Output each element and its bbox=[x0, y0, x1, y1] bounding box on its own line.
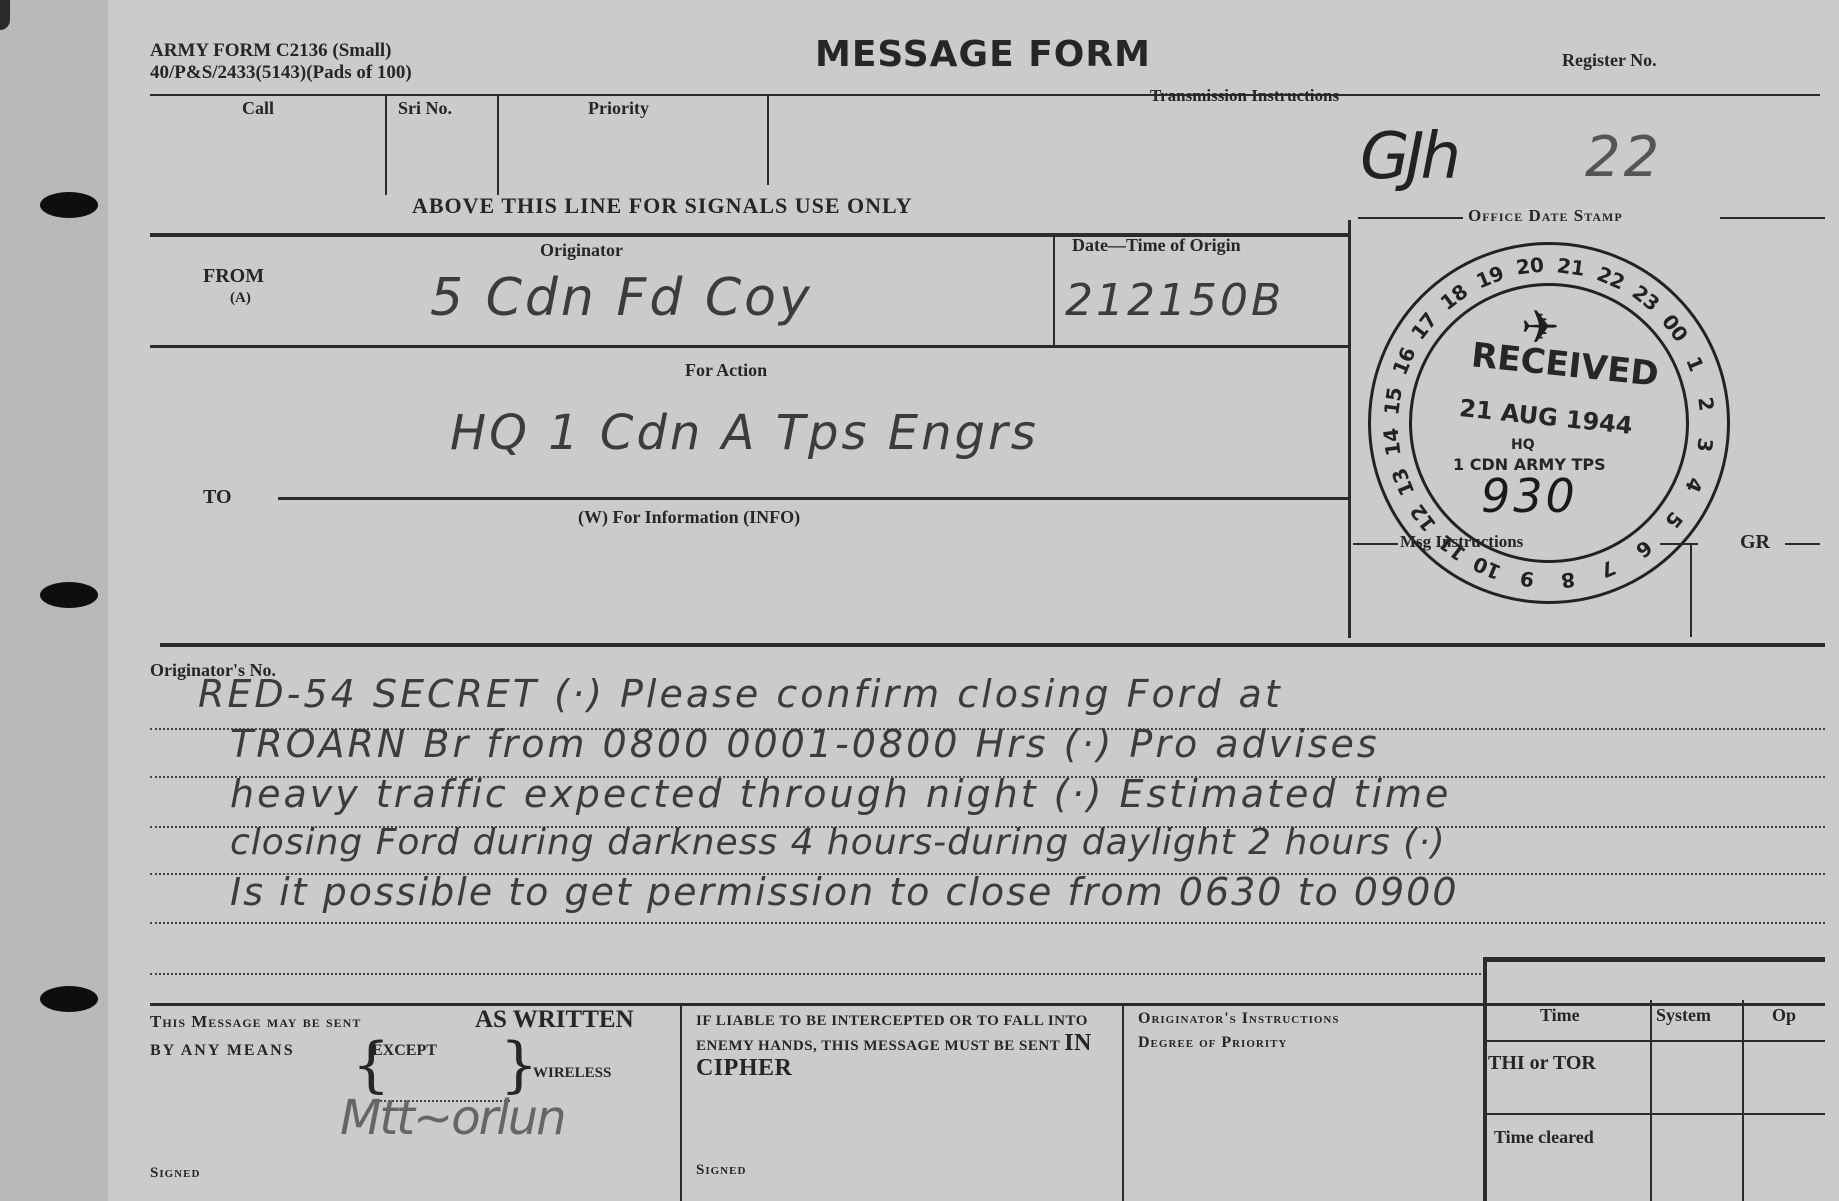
signed-label-2: Signed bbox=[696, 1162, 746, 1179]
stamp-hour-number: 4 bbox=[1678, 466, 1712, 503]
stamp-hour-number: 3 bbox=[1691, 428, 1719, 461]
for-action-value: HQ 1 Cdn A Tps Engrs bbox=[450, 405, 1039, 461]
form-id-line1: ARMY FORM C2136 (Small) bbox=[150, 40, 392, 62]
signals-notice: ABOVE THIS LINE FOR SIGNALS USE ONLY bbox=[412, 193, 913, 219]
message-line: RED-54 SECRET (·) Please confirm closing… bbox=[198, 672, 1283, 716]
signed-label: Signed bbox=[150, 1165, 200, 1182]
stamp-rule bbox=[1358, 217, 1463, 219]
divider bbox=[497, 95, 499, 195]
table-left-border bbox=[1483, 957, 1487, 1201]
divider bbox=[767, 95, 769, 185]
dto-label: Date—Time of Origin bbox=[1072, 235, 1241, 256]
row-rule bbox=[150, 345, 1350, 348]
signature: Mtt~orlun bbox=[340, 1090, 565, 1146]
table-divider bbox=[1650, 1000, 1652, 1201]
form-id-line2: 40/P&S/2433(5143)(Pads of 100) bbox=[150, 62, 412, 84]
originator-value: 5 Cdn Fd Coy bbox=[430, 268, 813, 328]
footer-divider bbox=[680, 1005, 682, 1201]
table-row-rule bbox=[1485, 1113, 1825, 1115]
msg-instr-rule bbox=[1353, 543, 1398, 545]
stamp-hour-number: 15 bbox=[1379, 384, 1407, 417]
punch-hole bbox=[40, 582, 98, 608]
divider bbox=[385, 95, 387, 195]
message-rule bbox=[150, 973, 1485, 975]
transmission-label: Transmission Instructions bbox=[1150, 86, 1339, 106]
message-line: heavy traffic expected through night (·)… bbox=[230, 772, 1451, 816]
table-row-label: THI or TOR bbox=[1488, 1052, 1596, 1075]
stamp-hour-number: 1 bbox=[1679, 345, 1712, 382]
gr-rule bbox=[1660, 543, 1698, 545]
register-label: Register No. bbox=[1562, 50, 1657, 71]
table-row-rule bbox=[1485, 1040, 1825, 1042]
sri-no-label: Sri No. bbox=[398, 98, 452, 119]
dto-value: 212150B bbox=[1065, 275, 1284, 326]
to-label: TO bbox=[203, 486, 232, 509]
stamp-hour-number: 7 bbox=[1590, 553, 1627, 586]
degree-priority-label: Degree of Priority bbox=[1138, 1034, 1287, 1052]
initials-signature: GJh bbox=[1360, 120, 1457, 194]
gr-rule bbox=[1785, 543, 1820, 545]
from-label: FROM bbox=[203, 265, 264, 288]
message-line: closing Ford during darkness 4 hours-dur… bbox=[230, 822, 1446, 863]
wireless-label: WIRELESS bbox=[533, 1065, 611, 1082]
as-written-label: AS WRITTEN bbox=[475, 1006, 634, 1034]
for-action-label: For Action bbox=[685, 360, 767, 381]
punch-hole bbox=[40, 192, 98, 218]
stamp-hour-number: 13 bbox=[1386, 464, 1419, 501]
table-row-label: Time cleared bbox=[1494, 1127, 1594, 1148]
msg-instructions-label: Msg Instructions bbox=[1400, 532, 1523, 552]
stamp-hour-number: 2 bbox=[1692, 387, 1719, 420]
divider bbox=[1053, 235, 1055, 345]
table-header-time: Time bbox=[1540, 1005, 1580, 1026]
punch-hole bbox=[40, 986, 98, 1012]
call-label: Call bbox=[242, 98, 274, 119]
stamp-hour-number: 22 bbox=[1592, 261, 1629, 295]
stamp-hour-number: 8 bbox=[1552, 566, 1585, 593]
stamp-rule bbox=[1720, 217, 1825, 219]
to-line bbox=[278, 497, 1348, 500]
table-top-rule bbox=[1483, 957, 1825, 962]
table-header-op: Op bbox=[1772, 1005, 1796, 1026]
top-rule bbox=[150, 94, 1820, 96]
stamp-hour-number: 21 bbox=[1554, 253, 1587, 281]
gr-label: GR bbox=[1740, 531, 1770, 554]
priority-label: Priority bbox=[588, 98, 649, 119]
stamp-hour-number: 19 bbox=[1471, 260, 1508, 293]
stamp-hour-number: 16 bbox=[1387, 343, 1421, 380]
stamp-time: 930 bbox=[1481, 469, 1578, 523]
stamp-hour-number: 14 bbox=[1378, 426, 1405, 459]
register-value: 22 bbox=[1585, 125, 1662, 190]
table-divider bbox=[1742, 1000, 1744, 1201]
from-sublabel: (A) bbox=[230, 290, 251, 307]
message-rule bbox=[150, 922, 1825, 924]
as-written-prefix: This Message may be sent bbox=[150, 1012, 361, 1032]
except-label: EXCEPT bbox=[372, 1042, 437, 1060]
stamp-unit: HQ bbox=[1511, 437, 1535, 453]
header-bottom-rule bbox=[160, 643, 1825, 647]
stamp-hour-number: 10 bbox=[1469, 552, 1506, 586]
cipher-text: If liable to be intercepted or to fall i… bbox=[696, 1013, 1088, 1054]
originator-label: Originator bbox=[540, 240, 623, 261]
footer-divider bbox=[1122, 1005, 1124, 1201]
gr-divider bbox=[1690, 545, 1692, 637]
message-line: TROARN Br from 0800 0001-0800 Hrs (·) Pr… bbox=[230, 722, 1380, 766]
table-header-system: System bbox=[1656, 1005, 1711, 1026]
stamp-box-left bbox=[1348, 220, 1351, 638]
by-any-means-label: BY ANY MEANS bbox=[150, 1042, 295, 1060]
for-info-label: (W) For Information (INFO) bbox=[578, 507, 800, 528]
stamp-hour-number: 20 bbox=[1513, 252, 1546, 279]
page-title: MESSAGE FORM bbox=[815, 34, 1151, 75]
stamp-hour-number: 9 bbox=[1510, 565, 1543, 593]
originator-instructions-label: Originator's Instructions bbox=[1138, 1010, 1339, 1028]
message-line: Is it possible to get permission to clos… bbox=[230, 870, 1459, 914]
cipher-instruction: If liable to be intercepted or to fall i… bbox=[696, 1010, 1106, 1082]
office-date-stamp-label: Office Date Stamp bbox=[1468, 206, 1623, 226]
